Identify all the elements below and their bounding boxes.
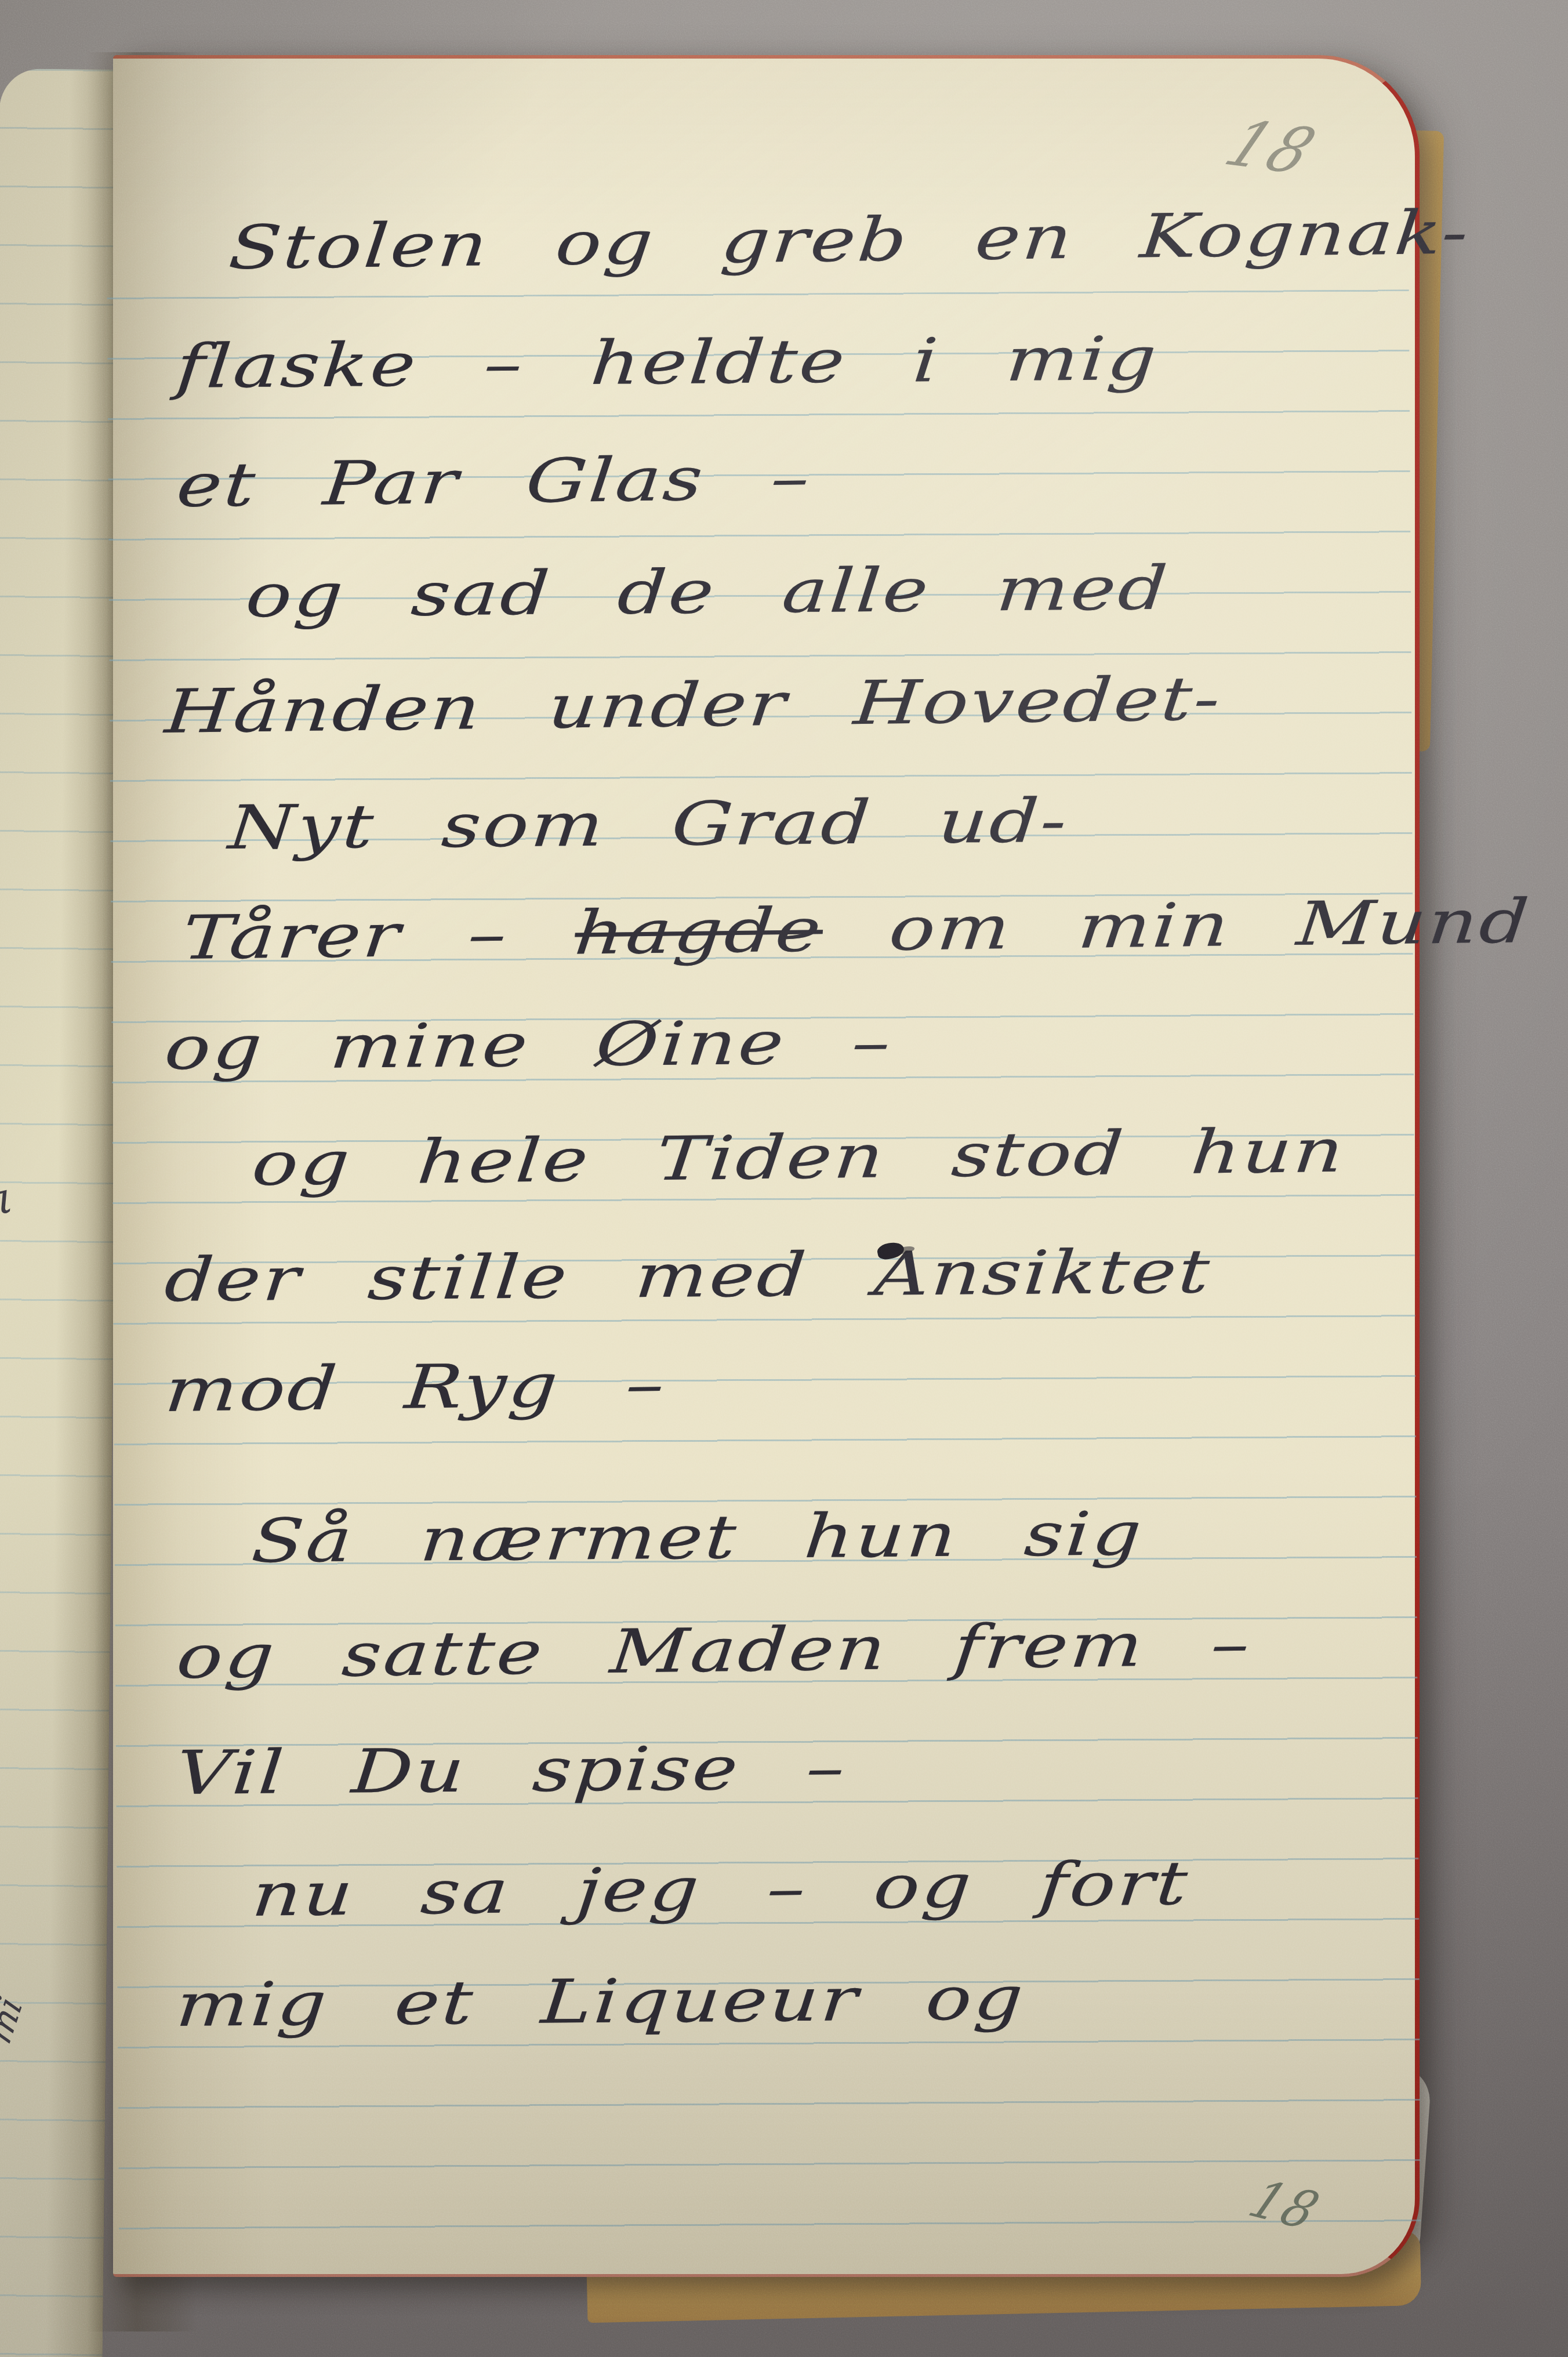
handwriting-line: Så nærmet hun sig (249, 1498, 1146, 1576)
handwriting-line: flaske – heldte i mig (174, 323, 1161, 402)
handwriting-line: et Par Glas – (174, 442, 814, 521)
handwriting-line: nu sa jeg – og fort (249, 1848, 1192, 1930)
notebook-photo: ι mi Stolen og greb en Kognak-flaske – h… (0, 0, 1568, 2357)
struck-word: hagde (572, 894, 826, 968)
handwriting-line: og sad de alle med (244, 553, 1172, 631)
manuscript-page: Stolen og greb en Kognak-flaske – heldte… (113, 55, 1420, 2277)
handwriting-line: mig et Liqueur og (174, 1963, 1028, 2040)
handwriting-line: Stolen og greb en Kognak- (226, 197, 1473, 283)
handwriting-line: Vil Du spise – (174, 1732, 850, 1808)
handwriting-line: og mine Øine – (162, 1007, 895, 1083)
handwriting-line: og hele Tiden stod hun (249, 1115, 1348, 1199)
handwriting-line: Nyt som Grad ud- (226, 785, 1071, 863)
handwriting-line: der stille med Ansiktet (162, 1236, 1214, 1315)
handwriting-line: mod Ryg – (162, 1348, 669, 1426)
previous-page-strip: ι mi (0, 68, 126, 2357)
handwriting-line: og satte Maden frem – (174, 1608, 1254, 1692)
handwriting-line: Tårer – hagde om min Mund (180, 886, 1534, 973)
handwriting-lines: Stolen og greb en Kognak-flaske – heldte… (113, 59, 1415, 2274)
handwriting-line: Hånden under Hovedet- (162, 663, 1225, 747)
